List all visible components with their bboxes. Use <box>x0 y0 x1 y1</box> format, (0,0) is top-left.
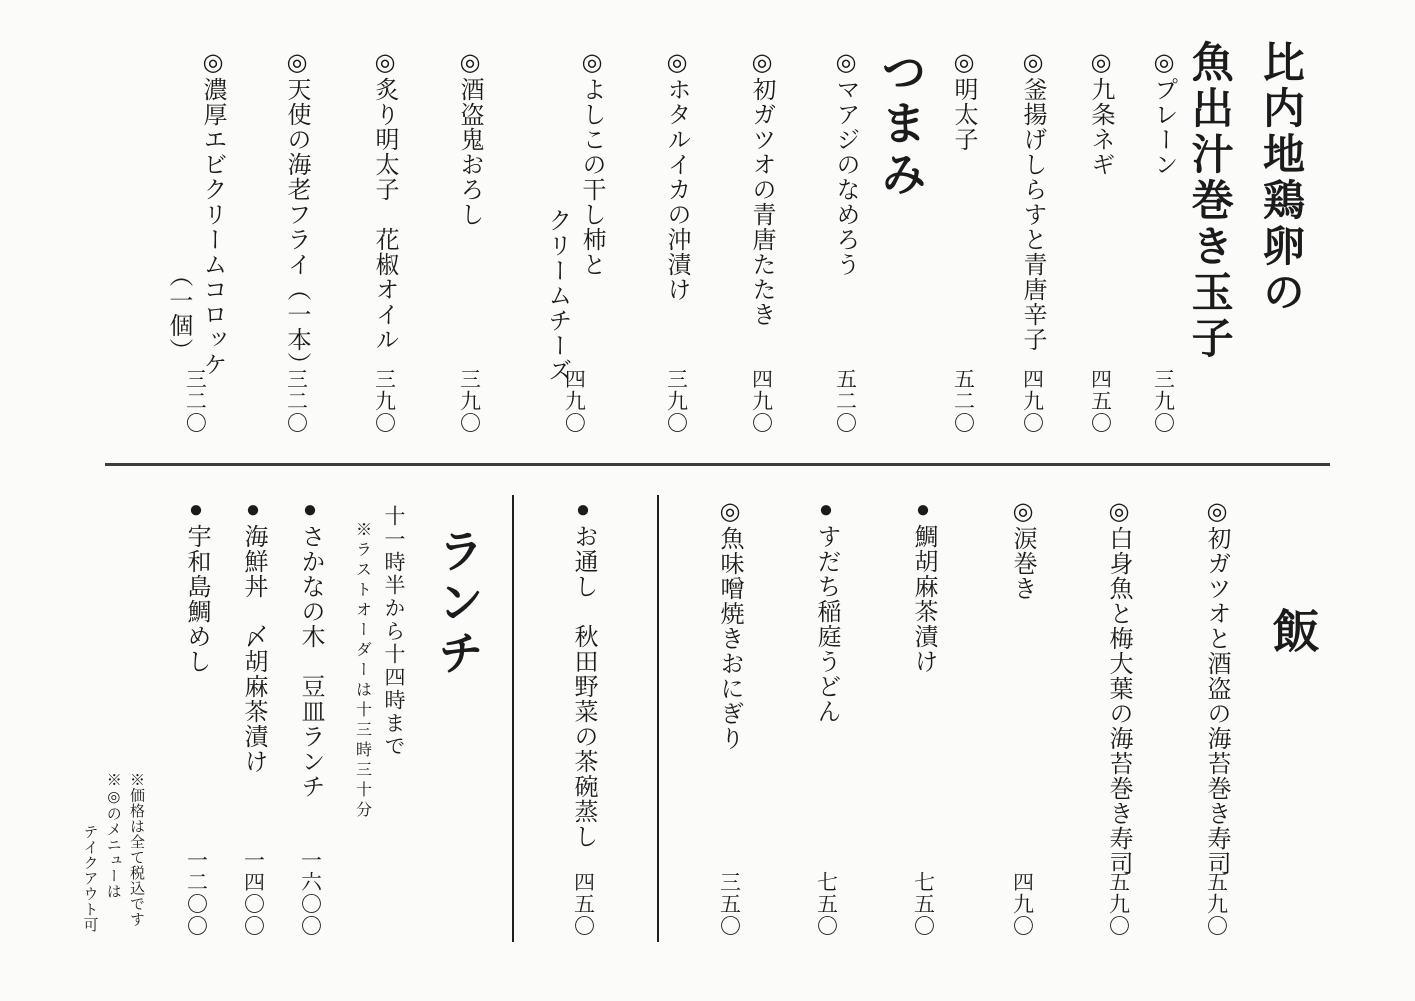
item-price: 一二〇〇 <box>185 849 206 937</box>
menu-item-mamezara-lunch: ●さかなの木 豆皿ランチ 一六〇〇 <box>293 497 327 937</box>
item-price: 五二〇 <box>834 368 855 434</box>
item-price: 三二〇 <box>184 368 205 434</box>
item-price: 四五〇 <box>572 871 593 937</box>
menu-item-shuto-oroshi: ◎酒盗鬼おろし 三九〇 <box>452 48 486 434</box>
lunch-hours-block: 十一時半から十四時まで ※ラストオーダーは十三時三十分 <box>346 505 409 821</box>
item-price: 三九〇 <box>373 368 394 434</box>
vertical-divider-left <box>512 495 514 942</box>
item-price: 三九〇 <box>665 368 686 434</box>
menu-item-plain: ◎プレーン 三九〇 <box>1146 48 1180 434</box>
menu-item-katsuo-norimaki: ◎初ガツオと酒盗の海苔巻き寿司 五九〇 <box>1199 497 1233 937</box>
item-price: 三九〇 <box>458 368 479 434</box>
item-price: 四五〇 <box>1089 368 1110 434</box>
menu-title-line-1: 比内地鶏卵の <box>1244 40 1315 362</box>
menu-item-tai-chazuke: ●鯛胡麻茶漬け 七五〇 <box>906 497 940 937</box>
menu-item-sudachi-udon: ●すだち稲庭うどん 七五〇 <box>809 497 843 937</box>
item-price: 三二〇 <box>285 368 306 434</box>
menu-item-shiromi-norimaki: ◎白身魚と梅大葉の海苔巻き寿司 五九〇 <box>1101 497 1135 937</box>
item-price: 一六〇〇 <box>299 849 320 937</box>
menu-item-miso-onigiri: ◎魚味噌焼きおにぎり 三五〇 <box>712 497 746 937</box>
menu-item-mentaiko: ◎明太子 五二〇 <box>946 48 980 434</box>
menu-item-hoshigaki-cheese: ◎よしこの干し柿と クリームチーズ 四九〇 <box>540 48 608 434</box>
item-price: 五二〇 <box>952 368 973 434</box>
item-price: 四九〇 <box>563 368 584 434</box>
note-takeout-line-1: ※◎のメニューは <box>101 772 124 933</box>
menu-item-hotaruika: ◎ホタルイカの沖漬け 三九〇 <box>659 48 693 434</box>
menu-item-namero: ◎マアジのなめろう 五二〇 <box>828 48 862 434</box>
item-price: 三九〇 <box>1152 368 1173 434</box>
item-price: 四九〇 <box>1011 871 1032 937</box>
lunch-section-header: ランチ <box>430 527 485 680</box>
item-price: 七五〇 <box>912 871 933 937</box>
menu-item-kaisendon: ●海鮮丼 〆胡麻茶漬け 一四〇〇 <box>236 497 270 937</box>
menu-item-kujo-negi: ◎九条ネギ 四五〇 <box>1083 48 1117 434</box>
note-tax-included: ※価格は全て税込です <box>124 772 147 933</box>
menu-item-otoshi: ●お通し 秋田野菜の茶碗蒸し 四五〇 <box>566 497 600 937</box>
vertical-divider-right <box>657 495 659 942</box>
tsumami-section-header: つまみ <box>873 48 928 201</box>
item-price: 五九〇 <box>1205 871 1226 937</box>
item-price: 四九〇 <box>1021 368 1042 434</box>
menu-item-ebi-croquette: ◎濃厚エビクリームコロッケ （一個） 三二〇 <box>161 48 229 434</box>
horizontal-divider <box>105 463 1330 466</box>
menu-item-katsuo-tataki: ◎初ガツオの青唐たたき 四九〇 <box>744 48 778 434</box>
item-price: 五九〇 <box>1107 871 1128 937</box>
rice-section-header: 飯 <box>1265 607 1320 658</box>
menu-item-shirasu: ◎釜揚げしらすと青唐辛子 四九〇 <box>1015 48 1049 434</box>
menu-title: 比内地鶏卵の 魚出汁巻き玉子 <box>1172 40 1315 362</box>
lunch-last-order-note: ※ラストオーダーは十三時三十分 <box>346 505 377 821</box>
item-price: 四九〇 <box>750 368 771 434</box>
note-takeout-line-2: テイクアウト可 <box>77 772 100 933</box>
item-price: 一四〇〇 <box>242 849 263 937</box>
menu-item-uwajima-taimeshi: ●宇和島鯛めし 一二〇〇 <box>179 497 213 937</box>
item-price: 七五〇 <box>815 871 836 937</box>
footnotes: ※価格は全て税込です ※◎のメニューは テイクアウト可 <box>77 772 147 933</box>
menu-page: 比内地鶏卵の 魚出汁巻き玉子 ◎プレーン 三九〇 ◎九条ネギ 四五〇 ◎釜揚げし… <box>0 0 1415 1001</box>
menu-title-line-2: 魚出汁巻き玉子 <box>1172 40 1243 362</box>
lunch-hours: 十一時半から十四時まで <box>378 505 410 821</box>
item-price: 三五〇 <box>718 871 739 937</box>
menu-item-aburi-mentaiko: ◎炙り明太子 花椒オイル 三九〇 <box>367 48 401 434</box>
menu-item-namida-maki: ◎涙巻き 四九〇 <box>1005 497 1039 937</box>
menu-item-ebi-fry: ◎天使の海老フライ（一本） 三二〇 <box>279 48 313 434</box>
